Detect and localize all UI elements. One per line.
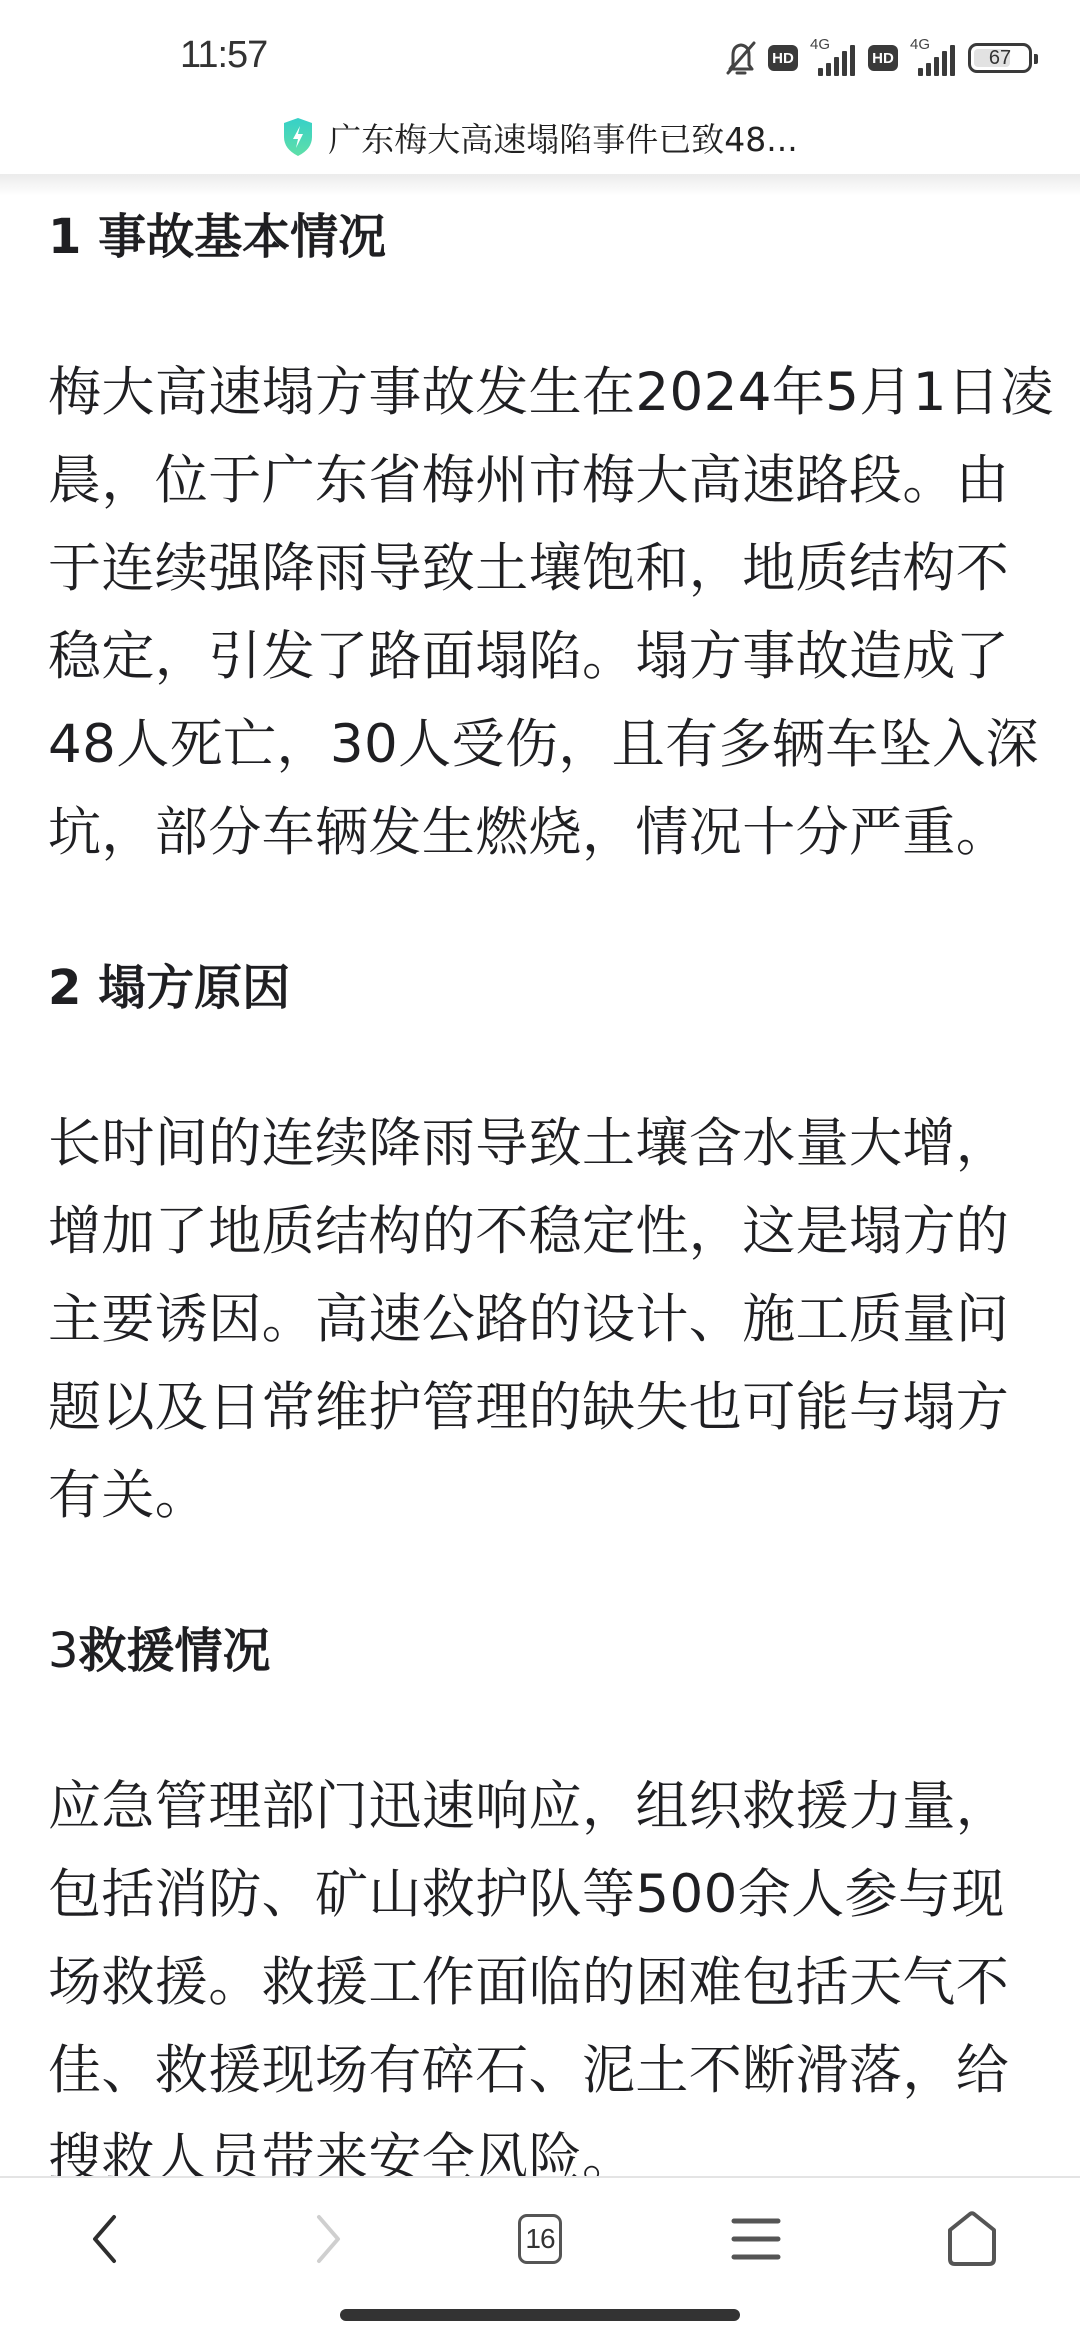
paragraph-line: 于连续强降雨导致土壤饱和，地质结构不 <box>48 525 1038 613</box>
paragraph-line: 有关。 <box>48 1452 1038 1540</box>
paragraph-line: 48人死亡，30人受伤，且有多辆车坠入深 <box>48 701 1038 789</box>
battery-level: 67 <box>989 47 1011 70</box>
page-title: 广东梅大高速塌陷事件已致48... <box>328 114 797 161</box>
chevron-right-icon <box>313 2213 343 2265</box>
paragraph-line: 主要诱因。高速公路的设计、施工质量问 <box>48 1276 1038 1364</box>
shield-bolt-icon <box>282 117 314 157</box>
paragraph-line: 长时间的连续降雨导致土壤含水量大增， <box>48 1100 1038 1188</box>
menu-button[interactable] <box>716 2204 796 2274</box>
chevron-left-icon <box>90 2213 120 2265</box>
signal-4g-icon: 4G <box>908 38 958 78</box>
status-bar: 11:57 HD 4G HD 4G 67 <box>0 0 1080 100</box>
back-button[interactable] <box>65 2204 145 2274</box>
home-button[interactable] <box>932 2204 1012 2274</box>
page-title-bar[interactable]: 广东梅大高速塌陷事件已致48... <box>0 100 1080 174</box>
paragraph-line: 坑，部分车辆发生燃烧，情况十分严重。 <box>48 789 1038 877</box>
tabs-icon: 16 <box>518 2214 562 2264</box>
section-heading: 1 事故基本情况 <box>48 207 386 267</box>
section-heading: 2 塌方原因 <box>48 958 290 1018</box>
gesture-home-indicator[interactable] <box>340 2309 740 2321</box>
home-icon <box>946 2211 998 2267</box>
bell-muted-icon <box>724 39 758 77</box>
paragraph-line: 增加了地质结构的不稳定性，这是塌方的 <box>48 1188 1038 1276</box>
section-paragraph: 梅大高速塌方事故发生在2024年5月1日凌 晨，位于广东省梅州市梅大高速路段。由… <box>48 349 1038 877</box>
status-time: 11:57 <box>180 34 267 77</box>
paragraph-line: 题以及日常维护管理的缺失也可能与塌方 <box>48 1364 1038 1452</box>
paragraph-line: 包括消防、矿山救护队等500余人参与现 <box>48 1851 1038 1939</box>
menu-icon <box>731 2217 781 2261</box>
paragraph-line: 场救援。救援工作面临的困难包括天气不 <box>48 1939 1038 2027</box>
paragraph-line: 佳、救援现场有碎石、泥土不断滑落，给 <box>48 2027 1038 2115</box>
paragraph-line: 稳定，引发了路面塌陷。塌方事故造成了 <box>48 613 1038 701</box>
section-heading: 3救援情况 <box>48 1621 271 1681</box>
status-icons: HD 4G HD 4G 67 <box>724 38 1032 78</box>
title-bar-shadow <box>0 174 1080 196</box>
section-paragraph: 长时间的连续降雨导致土壤含水量大增， 增加了地质结构的不稳定性，这是塌方的 主要… <box>48 1100 1038 1540</box>
forward-button[interactable] <box>288 2204 368 2274</box>
hd-icon: HD <box>768 45 798 71</box>
section-paragraph: 应急管理部门迅速响应，组织救援力量， 包括消防、矿山救护队等500余人参与现 场… <box>48 1763 1038 2203</box>
paragraph-line: 梅大高速塌方事故发生在2024年5月1日凌 <box>48 349 1038 437</box>
paragraph-line: 应急管理部门迅速响应，组织救援力量， <box>48 1763 1038 1851</box>
tabs-button[interactable]: 16 <box>500 2204 580 2274</box>
hd-icon: HD <box>868 45 898 71</box>
battery-icon: 67 <box>968 43 1032 73</box>
paragraph-line: 晨，位于广东省梅州市梅大高速路段。由 <box>48 437 1038 525</box>
signal-4g-icon: 4G <box>808 38 858 78</box>
tab-count: 16 <box>525 2223 554 2255</box>
